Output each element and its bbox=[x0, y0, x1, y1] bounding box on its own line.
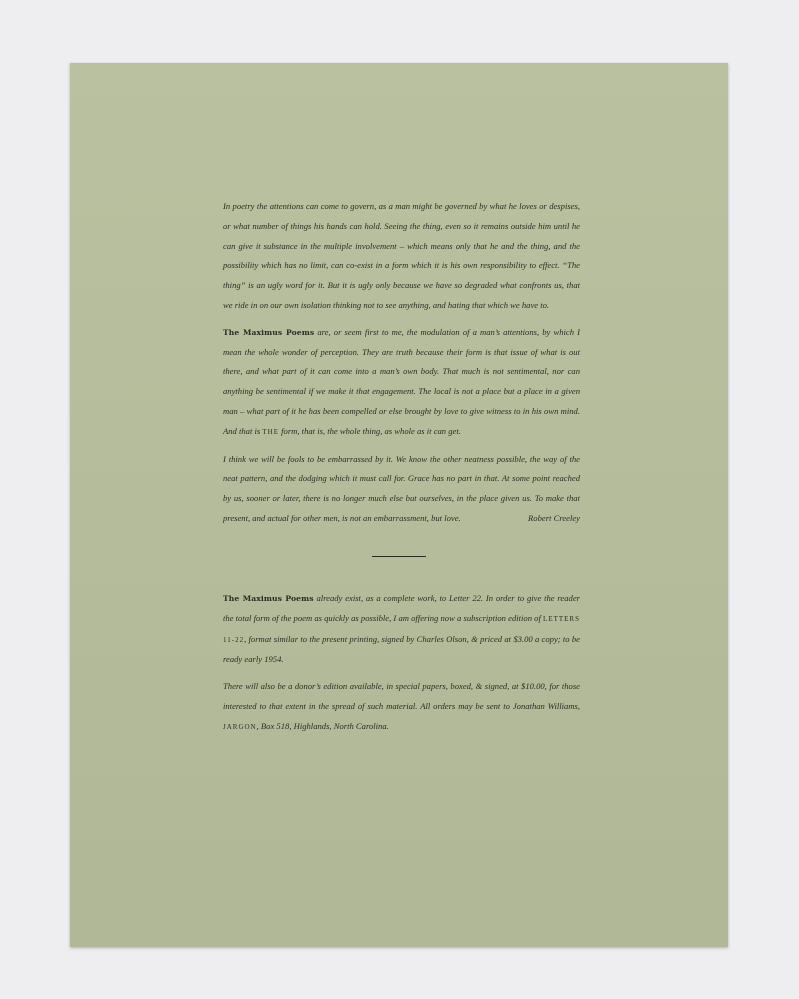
notice-paragraph-1: The Maximus Poems already exist, as a co… bbox=[223, 589, 580, 670]
divider-rule bbox=[372, 556, 426, 557]
notice-paragraph-2: There will also be a donor’s edition ava… bbox=[223, 677, 580, 737]
essay-paragraph-3: I think we will be fools to be embarrass… bbox=[223, 450, 580, 529]
title-maximus-poems: The Maximus Poems bbox=[223, 328, 314, 337]
title-maximus-poems: The Maximus Poems bbox=[223, 594, 314, 603]
essay-paragraph-2: The Maximus Poems are, or seem first to … bbox=[223, 323, 580, 443]
subscription-notice: The Maximus Poems already exist, as a co… bbox=[223, 589, 580, 738]
creeley-essay: In poetry the attentions can come to gov… bbox=[223, 197, 580, 529]
signature: Robert Creeley bbox=[528, 509, 580, 529]
essay-paragraph-1: In poetry the attentions can come to gov… bbox=[223, 197, 580, 316]
